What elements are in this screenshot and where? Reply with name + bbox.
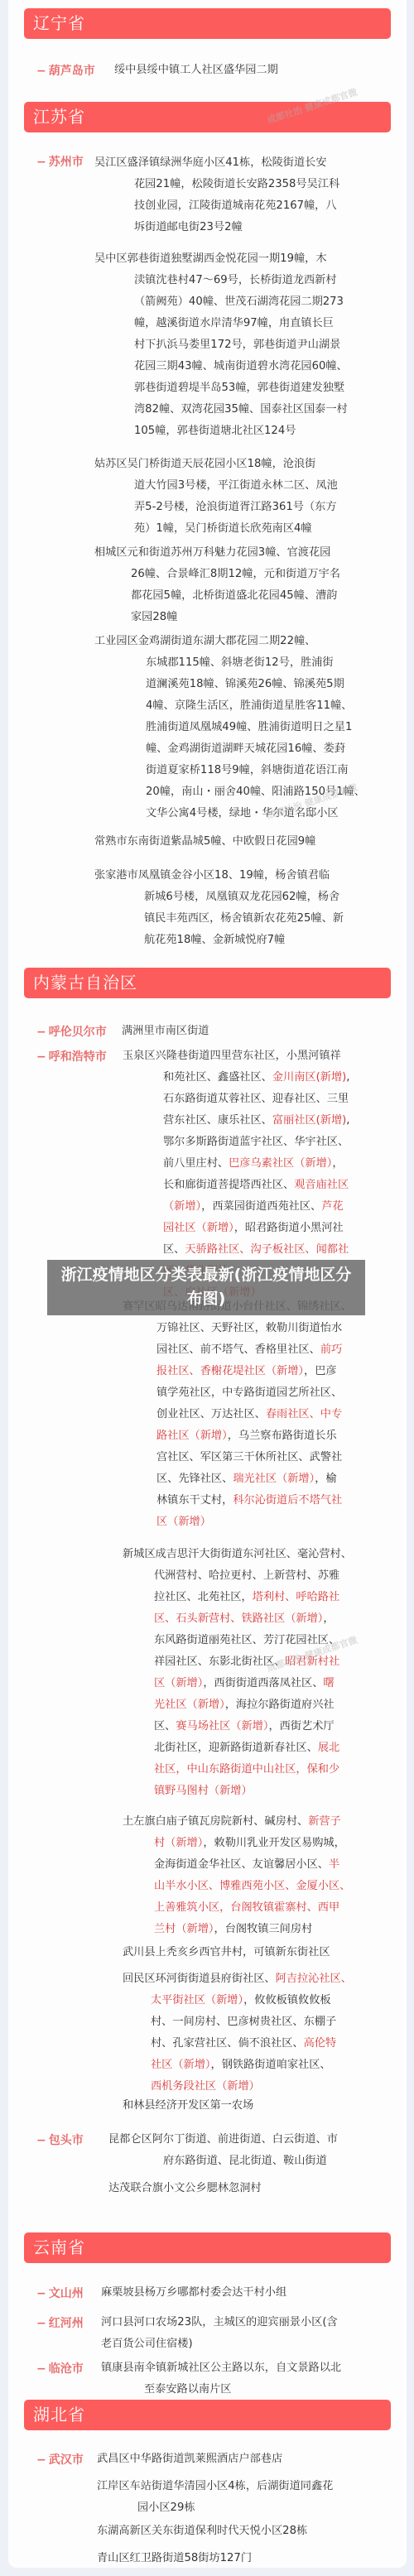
city-label: 呼伦贝尔市 (36, 1023, 107, 1040)
address-line: 村、一间房村、巴彦树贵社区、东棚子 (123, 2011, 352, 2033)
address-line: 万锦社区、天野社区，敕勒川街道怡水 (123, 1318, 352, 1339)
overlay-title: 浙江疫情地区分类表最新(浙江疫情地区分布图) (47, 1263, 365, 1311)
address-line: 胜浦街道凤凰城49幢、胜浦街道明日之星1 (94, 717, 365, 738)
address-line: 府东路街道、昆北街道、鞍山街道 (108, 2151, 338, 2172)
address-line: 相城区元和街道苏州万科魅力花园3幢、官渡花园 (94, 542, 340, 564)
address-line: 村下扒浜马娄里172号，郭巷街道尹山湖景 (94, 334, 348, 356)
city-label: 红河州 (36, 2314, 84, 2331)
address-line: 镇学苑社区，中专路街道园艺所社区、 (123, 1382, 352, 1404)
address-line: 工业园区金鸡湖街道东湖大郡花园二期22幢、 (94, 631, 365, 652)
address-line: 道澜溪苑18幢、锦溪苑26幢、锦溪苑5期 (94, 674, 365, 695)
address-line: 回民区环河街街道县府街社区、阿吉拉沁社区、 (123, 1968, 352, 1990)
address-line: 光社区（新增），海拉尔路街道府兴社 (123, 1694, 352, 1716)
address-line: （新增），西菜园街道西苑社区、芦花 (123, 1196, 350, 1218)
address-line: 幢、金鸡湖街道湖畔天城花园16幢、娄葑 (94, 738, 365, 760)
address-line: 上善雅筑小区，台阁牧镇霍寨村、西甲 (123, 1897, 350, 1919)
address-line: 吴中区郭巷街道独墅湖西金悦花园一期19幢，木 (94, 248, 348, 270)
city-label: 呼和浩特市 (36, 1048, 107, 1065)
address-entry: 绥中县绥中镇工人社区盛华园二期 (114, 60, 278, 81)
address-line: 拉社区、北苑社区，塔利村、呼哈路社 (123, 1587, 352, 1608)
new-area-highlight: 山半水小区、博雅西苑小区、金厦小区、 (154, 1880, 350, 1892)
address-line: 新城区成吉思汗大街街道东河社区、毫沁营村、 (123, 1544, 352, 1565)
address-line: 区、赛马场社区（新增），西街艺术厅 (123, 1716, 352, 1737)
address-line: 达茂联合旗小文公乡腮林忽洞村 (108, 2178, 262, 2199)
address-line: 张家港市凤凰镇金谷小区18、19幢，杨舍镇君临 (94, 865, 344, 887)
address-line: 玉泉区兴隆巷街道四里营东社区，小黑河镇祥 (123, 1045, 350, 1067)
address-line: 区（新增） (123, 1511, 352, 1533)
address-line: 太平街社区（新增），攸攸板镇攸攸板 (123, 1990, 352, 2011)
new-area-highlight: 西机务段社区（新增） (151, 2080, 260, 2093)
address-entry: 镇康县南伞镇新城社区公主路以东，自文景路以北至泰安路以南片区 (101, 2357, 341, 2401)
address-entry: 相城区元和街道苏州万科魅力花园3幢、官渡花园26幢、合景峰汇8期12幢，元和街道… (94, 542, 340, 628)
address-line: 兰村（新增），台阁牧镇三间房村 (123, 1919, 350, 1940)
address-line: 金海街道金华社区、友谊馨居小区、半 (123, 1854, 350, 1876)
address-line: 镇民丰苑西区，杨舍镇新农花苑25幢、新 (94, 908, 344, 930)
address-line: 家园28幢 (94, 607, 340, 628)
address-line: 常熟市东南街道紫晶城5幢、中欧假日花园9幢 (94, 831, 315, 853)
new-area-highlight: 社区（新增） (151, 2059, 211, 2071)
address-entry: 常熟市东南街道紫晶城5幢、中欧假日花园9幢 (94, 831, 315, 853)
city-label: 苏州市 (36, 153, 84, 170)
new-area-highlight: 天骄路社区、沟子板社区、闻都社 (185, 1243, 349, 1256)
address-line: 花园21幢，松陵街道长安路2358号吴江科 (94, 174, 339, 195)
address-line: 麻栗坡县杨万乡哪都村委会达干村小组 (101, 2282, 286, 2304)
address-line: 江岸区车站街道华清园小区4栋，后湖街道同鑫花 (97, 2476, 333, 2497)
new-area-highlight: 新营子 (308, 1815, 341, 1828)
address-line: 湾82幢、双湾花园35幢、国泰社区国泰一村 (94, 399, 348, 421)
new-area-highlight: 塔利村、呼哈路社 (253, 1591, 340, 1603)
address-line: 村（新增），敕勒川乳业开发区易购城， (123, 1833, 350, 1854)
address-entry: 张家港市凤凰镇金谷小区18、19幢，杨舍镇君临新城6号楼，凤凰镇双龙花园62幢，… (94, 865, 344, 951)
address-entry: 东湖高新区关东街道保利时代天悦小区28栋 (97, 2521, 307, 2542)
new-area-highlight: 社区，中山东路街道中山社区，保和少 (154, 1763, 339, 1776)
city-label: 文山州 (36, 2285, 84, 2301)
province-header: 江苏省 (24, 102, 391, 132)
address-line: 东湖高新区关东街道保利时代天悦小区28栋 (97, 2521, 307, 2542)
address-line: 报社区、香榭花堤社区（新增），巴彦 (123, 1361, 352, 1382)
province-header: 内蒙古自治区 (24, 968, 391, 998)
new-area-highlight: 兰村（新增） (154, 1923, 214, 1935)
address-line: 创业社区、万达社区、春雨社区、中专 (123, 1404, 352, 1425)
new-area-highlight: 半 (329, 1858, 339, 1871)
address-line: 满洲里市南区街道 (122, 1021, 209, 1042)
address-line: 园社区（新增），昭君路街道小黑河社 (123, 1218, 350, 1239)
new-area-highlight: 园社区（新增） (163, 1222, 234, 1234)
address-line: 花园三期43幢、城南街道碧水湾花园60幢、 (94, 356, 348, 377)
address-line: 鄂尔多斯路街道蓝宇社区、华宇社区、 (123, 1132, 350, 1153)
address-line: 林镇东干丈村，科尔沁街道后不塔气社 (123, 1490, 352, 1511)
address-line: 昆都仑区阿尔丁街道、前进街道、白云街道、市 (108, 2129, 338, 2151)
city-label: 包头市 (36, 2131, 84, 2148)
new-area-highlight: 太平街社区（新增） (151, 1994, 243, 2006)
new-area-highlight: 巴彦乌素社区（新增） (229, 1157, 332, 1170)
new-area-highlight: 富丽社区(新增) (272, 1114, 346, 1127)
address-line: 绥中县绥中镇工人社区盛华园二期 (114, 60, 278, 81)
address-entry: 武川县上秃亥乡西官井村，可镇新东街社区 (123, 1942, 330, 1963)
address-line: 镇野马图村（新增） (123, 1781, 352, 1802)
address-line: 苑）1幢，吴门桥街道长欣苑南区4幢 (94, 518, 338, 540)
address-line: 航花苑18幢、金新城悦府7幢 (94, 930, 344, 951)
new-area-highlight: 上善雅筑小区，台阁牧镇霍寨村、西甲 (154, 1901, 339, 1914)
address-entry: 吴中区郭巷街道独墅湖西金悦花园一期19幢，木渎镇沈巷村47～69号，长桥街道龙西… (94, 248, 348, 442)
address-line: 都花园5幢，北桥街道盛北花园45幢、漕韵 (94, 585, 340, 607)
address-entry: 麻栗坡县杨万乡哪都村委会达干村小组 (101, 2282, 286, 2304)
address-line: 吴江区盛泽镇绿洲华庭小区41栋，松陵街道长安 (94, 152, 339, 174)
new-area-highlight: 高伦特 (304, 2037, 337, 2050)
address-entry: 青山区红卫路街道58街坊127门 (97, 2548, 252, 2569)
address-entry: 新城区成吉思汗大街街道东河社区、毫沁营村、代洲营村、哈拉更村、上新营村、苏雅拉社… (123, 1544, 352, 1802)
address-line: 和苑社区、鑫盛社区、金川南区(新增), (123, 1067, 350, 1089)
city-label: 武汉市 (36, 2451, 84, 2468)
address-line: 园小区29栋 (97, 2497, 333, 2519)
province-header: 湖北省 (24, 2400, 391, 2430)
address-line: 土左旗白庙子镇瓦房院新村、碱房村、新营子 (123, 1811, 350, 1833)
new-area-highlight: 区（新增） (156, 1516, 211, 1528)
address-line: 园社区、前不塔气、香格里社区、前巧 (123, 1339, 352, 1361)
new-area-highlight: 前巧 (320, 1343, 342, 1356)
address-line: 街道夏家桥118号9幢，斜塘街道花语江南 (94, 760, 365, 781)
address-line: 坼街道邮电街23号2幢 (94, 217, 339, 238)
new-area-highlight: 曙 (323, 1677, 334, 1689)
address-entry: 达茂联合旗小文公乡腮林忽洞村 (108, 2178, 262, 2199)
address-line: 区（新增），西街街道西落凤社区、曙 (123, 1673, 352, 1694)
new-area-highlight: 光社区（新增） (154, 1699, 225, 1711)
address-line: 石东路街道苁蓉社区、迎春社区、三里 (123, 1089, 350, 1110)
address-line: 区、先锋社区、瑞光社区（新增），榆 (123, 1468, 352, 1490)
new-area-highlight: （新增） (163, 1200, 201, 1213)
address-line: 弄5-2号楼，沧浪街道胥江路361号（东方 (94, 497, 338, 518)
address-entry: 回民区环河街街道县府街社区、阿吉拉沁社区、太平街社区（新增），攸攸板镇攸攸板村、… (123, 1968, 352, 2098)
address-line: 105幢，郭巷街道塘北社区124号 (94, 421, 348, 442)
address-entry: 姑苏区吴门桥街道天辰花园小区18幢，沧浪街道大竹园3号楼，平江街道永林二区、凤池… (94, 454, 338, 540)
city-label: 临沧市 (36, 2360, 84, 2377)
address-line: 长和廊街道菩提塔西社区、观音庙社区 (123, 1175, 350, 1196)
new-area-highlight: 镇野马图村（新增） (154, 1785, 253, 1797)
address-line: 北街社区，迎新路街道新春社区、展北 (123, 1737, 352, 1759)
address-line: 幢，越溪街道水岸清华97幢，甪直镇长巨 (94, 313, 348, 334)
new-area-highlight: 金川南区(新增) (272, 1071, 346, 1084)
new-area-highlight: 路社区（新增） (156, 1430, 228, 1442)
address-line: 渎镇沈巷村47～69号，长桥街道龙西新村 (94, 270, 348, 291)
address-line: 前八里庄村、巴彦乌素社区（新增）， (123, 1153, 350, 1175)
address-line: 和林县经济开发区第一农场 (123, 2095, 253, 2117)
new-area-highlight: 展北 (318, 1742, 339, 1754)
address-line: 新城6号楼，凤凰镇双龙花园62幢，杨舍 (94, 887, 344, 908)
address-line: 技创业园，江陵街道城南花苑2167幢，八 (94, 195, 339, 217)
address-line: 26幢、合景峰汇8期12幢，元和街道万宇名 (94, 564, 340, 585)
address-line: 社区，中山东路街道中山社区，保和少 (123, 1759, 352, 1781)
title-overlay: 浙江疫情地区分类表最新(浙江疫情地区分布图) (47, 1260, 365, 1315)
address-line: 武川县上秃亥乡西官井村，可镇新东街社区 (123, 1942, 330, 1963)
new-area-highlight: 区、石头新营村、铁路社区（新增） (154, 1612, 323, 1625)
address-entry: 河口县河口农场23队，主城区的迎宾丽景小区(含老百货公司住宿楼) (101, 2312, 338, 2355)
new-area-highlight: 芦花 (321, 1200, 343, 1213)
address-line: 河口县河口农场23队，主城区的迎宾丽景小区(含 (101, 2312, 338, 2333)
new-area-highlight: 科尔沁街道后不塔气社 (233, 1494, 342, 1507)
new-area-highlight: 赛马场社区（新增） (176, 1720, 268, 1733)
province-header: 云南省 (24, 2232, 391, 2263)
new-area-highlight: 观音庙社区 (294, 1179, 349, 1191)
address-line: 东城郡115幢、斜塘老街12号，胜浦街 (94, 652, 365, 674)
city-label: 葫芦岛市 (36, 62, 95, 79)
new-area-highlight: 村（新增） (154, 1837, 203, 1849)
address-line: 姑苏区吴门桥街道天辰花园小区18幢，沧浪街 (94, 454, 338, 475)
address-line: 路社区（新增），乌兰察布路街道长乐 (123, 1425, 352, 1447)
new-area-highlight: 阿吉拉沁社区、 (276, 1973, 352, 1985)
address-entry: 赛罕区昭乌达南路街道小台什社区、锦绣社区、万锦社区、天野社区，敕勒川街道怡水园社… (123, 1296, 352, 1533)
address-entry: 武昌区中华路街道凯莱熙酒店户部巷店 (97, 2449, 282, 2470)
province-header: 辽宁省 (24, 8, 391, 39)
new-area-highlight: 瑞光社区（新增） (233, 1473, 315, 1485)
address-line: 至泰安路以南片区 (101, 2379, 341, 2401)
address-entry: 昆都仑区阿尔丁街道、前进街道、白云街道、市府东路街道、昆北街道、鞍山街道 (108, 2129, 338, 2172)
address-entry: 吴江区盛泽镇绿洲华庭小区41栋，松陵街道长安花园21幢，松陵街道长安路2358号… (94, 152, 339, 238)
address-line: 镇康县南伞镇新城社区公主路以东，自文景路以北 (101, 2357, 341, 2379)
address-line: 区、石头新营村、铁路社区（新增）， (123, 1608, 352, 1630)
address-line: 道大竹园3号楼，平江街道永林二区、凤池 (94, 475, 338, 497)
address-entry: 和林县经济开发区第一农场 (123, 2095, 253, 2117)
address-line: 武昌区中华路街道凯莱熙酒店户部巷店 (97, 2449, 282, 2470)
address-entry: 土左旗白庙子镇瓦房院新村、碱房村、新营子村（新增），敕勒川乳业开发区易购城，金海… (123, 1811, 350, 1940)
address-entry: 江岸区车站街道华清园小区4栋，后湖街道同鑫花园小区29栋 (97, 2476, 333, 2519)
address-line: 区、天骄路社区、沟子板社区、闻都社 (123, 1239, 350, 1261)
address-line: 村、孔家营社区、倘不浪社区、高伦特 (123, 2033, 352, 2055)
new-area-highlight: 区（新增） (154, 1677, 203, 1689)
new-area-highlight: 报社区、香榭花堤社区（新增） (156, 1365, 304, 1377)
address-entry: 满洲里市南区街道 (122, 1021, 209, 1042)
address-line: 山半水小区、博雅西苑小区、金厦小区、 (123, 1876, 350, 1897)
address-line: （箭阙苑）40幢、世茂石湖湾花园二期273 (94, 291, 348, 313)
address-line: 4幢、京隆生活区，胜浦街道星胜客11幢、 (94, 695, 365, 717)
address-line: 营东社区、康乐社区、富丽社区(新增), (123, 1110, 350, 1132)
address-line: 宫社区、军区第三干休所社区、武警社 (123, 1447, 352, 1468)
address-line: 青山区红卫路街道58街坊127门 (97, 2548, 252, 2569)
address-line: 文华公寓4号楼，绿地・华尔道名邸小区 (94, 803, 365, 824)
address-line: 社区（新增），钢铁路街道咱家社区、 (123, 2055, 352, 2076)
address-line: 代洲营村、哈拉更村、上新营村、苏雅 (123, 1565, 352, 1587)
address-line: 老百货公司住宿楼) (101, 2333, 338, 2355)
address-line: 郭巷街道碧堤半岛53幢，郭巷街道建发独墅 (94, 377, 348, 399)
new-area-highlight: 春雨社区、中专 (266, 1408, 342, 1420)
